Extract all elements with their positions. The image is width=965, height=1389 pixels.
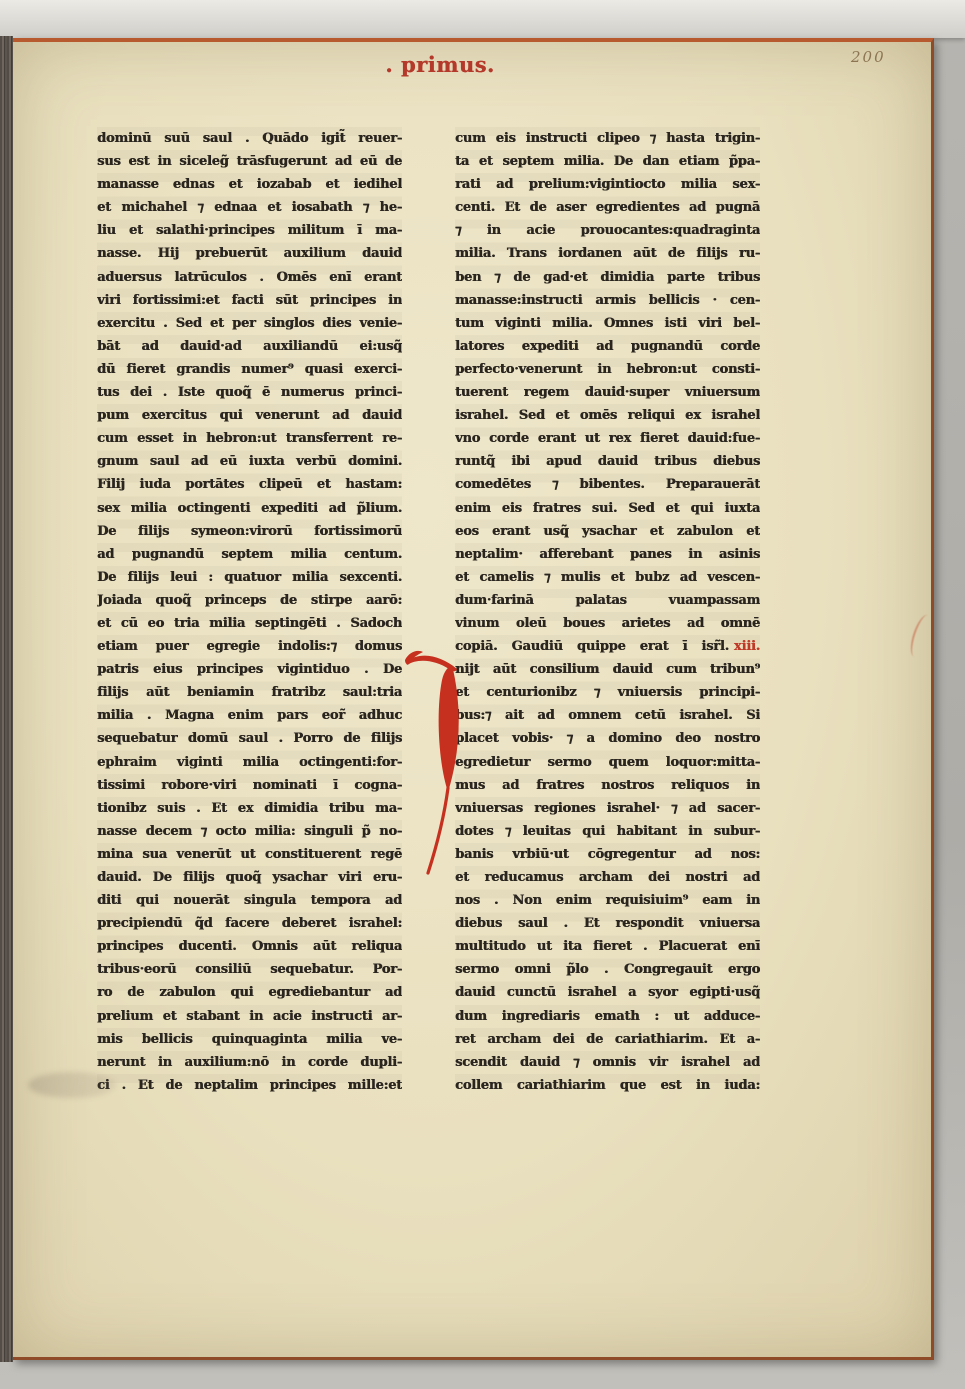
- chapter-initial-icon: [402, 638, 462, 883]
- text-column-right: cum eis instructi clipeo ⁊ hasta trigin-…: [455, 127, 760, 1097]
- book-edge-left: [0, 36, 13, 1362]
- text-line: latores expediti ad pugnandū corde: [455, 335, 760, 358]
- text-line: tribus·eorū consiliū sequebatur. Por-: [97, 958, 402, 981]
- text-line: copiā. Gaudiū quippe erat ī isr̃l.xiii.: [455, 635, 760, 658]
- text-line: nasse decem ⁊ octo milia: singuli p̃ no-: [97, 820, 402, 843]
- text-line: ta et septem milia. De dan etiam p̃pa-: [455, 150, 760, 173]
- text-line: multitudo ut ita fieret . Placuerat enī: [455, 935, 760, 958]
- text-line: ci . Et de neptalim principes mille:et: [97, 1074, 402, 1097]
- text-column-left: dominū suū saul . Quādo igit̃ reuer-sus …: [97, 127, 402, 1097]
- text-line: et reducamus archam dei nostri ad: [455, 866, 760, 889]
- text-line: runtq̃ ibi apud dauid tribus diebus: [455, 450, 760, 473]
- text-line: vniuersas regiones israhel· ⁊ ad sacer-: [455, 797, 760, 820]
- text-line: diti qui nouerāt singula tempora ad: [97, 889, 402, 912]
- text-line: De filijs symeon:virorū fortissimorū: [97, 520, 402, 543]
- text-line: precipiendū q̃d facere deberet israhel:: [97, 912, 402, 935]
- text-line: tuerent regem dauid·super vniuersum: [455, 381, 760, 404]
- text-line: viri fortissimi:et facti sūt principes i…: [97, 289, 402, 312]
- text-line: dotes ⁊ leuitas qui habitant in subur-: [455, 820, 760, 843]
- text-line: gnum saul ad eū iuxta verbū domini.: [97, 450, 402, 473]
- margin-bleed-mark: [907, 613, 936, 660]
- text-line: eos erant usq̃ ysachar et zabulon et: [455, 520, 760, 543]
- ink-offset-smudge: [28, 1072, 116, 1098]
- text-line: vinum oleū boues arietes ad omnē: [455, 612, 760, 635]
- text-line: principes ducenti. Omnis aūt reliqua: [97, 935, 402, 958]
- text-line: pum exercitus qui venerunt ad dauid: [97, 404, 402, 427]
- text-line: et michahel ⁊ ednaa et iosabath ⁊ he-: [97, 196, 402, 219]
- text-line: placet vobis· ⁊ a domino deo nostro: [455, 727, 760, 750]
- text-line: rati ad prelium:vigintiocto milia sex-: [455, 173, 760, 196]
- text-line: cum eis instructi clipeo ⁊ hasta trigin-: [455, 127, 760, 150]
- text-line: et camelis ⁊ mulis et bubz ad vescen-: [455, 566, 760, 589]
- text-line: milia . Magna enim pars eor̃ adhuc: [97, 704, 402, 727]
- text-line: tum viginti milia. Omnes isti viri bel-: [455, 312, 760, 335]
- text-line: comedētes ⁊ bibentes. Preparauerāt: [455, 473, 760, 496]
- text-line: liu et salathi·principes militum ī ma-: [97, 219, 402, 242]
- text-line: et centurionibz ⁊ vniuersis principi-: [455, 681, 760, 704]
- text-line: milia. Trans iordanen aūt de filijs ru-: [455, 242, 760, 265]
- text-line: manasse:instructi armis bellicis · cen-: [455, 289, 760, 312]
- scanner-top-strip: [0, 0, 965, 38]
- text-line: neptalim· afferebant panes in asinis: [455, 543, 760, 566]
- text-line: banis vrbiū·ut cōgregentur ad nos:: [455, 843, 760, 866]
- text-line: prelium et stabant in acie instructi ar-: [97, 1005, 402, 1028]
- text-line: nijt aūt consilium dauid cum tribun⁹: [455, 658, 760, 681]
- text-line: enim eis fratres sui. Sed et qui iuxta: [455, 497, 760, 520]
- text-line: bus:⁊ ait ad omnem cetū israhel. Si: [455, 704, 760, 727]
- text-line: dum ingrediaris emath : ut adduce-: [455, 1005, 760, 1028]
- text-line: bāt ad dauid·ad auxiliandū ei:usq̃: [97, 335, 402, 358]
- text-line: collem cariathiarim que est in iuda:: [455, 1074, 760, 1097]
- text-line: egredietur sermo quem loquor:mitta-: [455, 751, 760, 774]
- text-line: vno corde erant ut rex fieret dauid:fue-: [455, 427, 760, 450]
- text-line: ad pugnandū septem milia centum.: [97, 543, 402, 566]
- folio-number: 200: [851, 48, 921, 66]
- text-line: ben ⁊ de gad·et dimidia parte tribus: [455, 266, 760, 289]
- text-line: centi. Et de aser egredientes ad pugnā: [455, 196, 760, 219]
- text-line: ret archam dei de cariathiarim. Et a-: [455, 1028, 760, 1051]
- text-line: mina sua venerūt ut constituerent regē: [97, 843, 402, 866]
- text-line: sermo omni p̃lo . Congregauit ergo: [455, 958, 760, 981]
- text-line: scendit dauid ⁊ omnis vir israhel ad: [455, 1051, 760, 1074]
- text-line: tus dei . Iste quoq̃ ē numerus princi-: [97, 381, 402, 404]
- text-line: nasse. Hij prebuerūt auxilium dauid: [97, 242, 402, 265]
- text-line: mis bellicis quinquaginta milia ve-: [97, 1028, 402, 1051]
- text-line: Filij iuda portātes clipeū et hastam:: [97, 473, 402, 496]
- text-line: dominū suū saul . Quādo igit̃ reuer-: [97, 127, 402, 150]
- text-line: diebus saul . Et respondit vniuersa: [455, 912, 760, 935]
- text-line: aduersus latrūculos . Omēs enī erant: [97, 266, 402, 289]
- text-line: filijs aūt beniamin fratribz saul:tria: [97, 681, 402, 704]
- text-line: etiam puer egregie indolis:⁊ domus: [97, 635, 402, 658]
- text-line: ephraim viginti milia octingenti:for-: [97, 751, 402, 774]
- text-line: cum esset in hebron:ut transferrent re-: [97, 427, 402, 450]
- text-line: nos . Non enim requisiuim⁹ eam in: [455, 889, 760, 912]
- text-line: tionibz suis . Et ex dimidia tribu ma-: [97, 797, 402, 820]
- text-line: mus ad fratres nostros reliquos in: [455, 774, 760, 797]
- manuscript-page: . primus. 200 dominū suū saul . Quādo ig…: [13, 38, 934, 1360]
- text-line: exercitu . Sed et per singlos dies venie…: [97, 312, 402, 335]
- text-line: dauid cunctū israhel a syor egipti·usq̃: [455, 981, 760, 1004]
- text-line: sex milia octingenti expediti ad p̃lium.: [97, 497, 402, 520]
- chapter-marker: xiii.: [729, 639, 760, 654]
- text-line: dauid. De filijs quoq̃ ysachar viri eru-: [97, 866, 402, 889]
- text-line: sequebatur domū saul . Porro de filijs: [97, 727, 402, 750]
- text-line: nerunt in auxilium:nō in corde dupli-: [97, 1051, 402, 1074]
- text-line: manasse ednas et iozabab et iedihel: [97, 173, 402, 196]
- text-line: et cū eo tria milia septingēti . Sadoch: [97, 612, 402, 635]
- text-line: tissimi robore·viri nominati ī cogna-: [97, 774, 402, 797]
- text-line: ro de zabulon qui egrediebantur ad: [97, 981, 402, 1004]
- text-line: Joiada quoq̃ princeps de stirpe aarō:: [97, 589, 402, 612]
- text-line: De filijs leui : quatuor milia sexcenti.: [97, 566, 402, 589]
- text-line: ⁊ in acie prouocantes:quadraginta: [455, 219, 760, 242]
- text-line: israhel. Sed et omēs reliqui ex israhel: [455, 404, 760, 427]
- text-line: patris eius principes vigintiduo . De: [97, 658, 402, 681]
- running-title: . primus.: [380, 52, 500, 77]
- text-line: dū fieret grandis numer⁹ quasi exerci-: [97, 358, 402, 381]
- text-line: perfecto·venerunt in hebron:ut consti-: [455, 358, 760, 381]
- text-line: sus est in siceleg̃ trāsfugerunt ad eū d…: [97, 150, 402, 173]
- text-line: dum·farinā palatas vuampassam: [455, 589, 760, 612]
